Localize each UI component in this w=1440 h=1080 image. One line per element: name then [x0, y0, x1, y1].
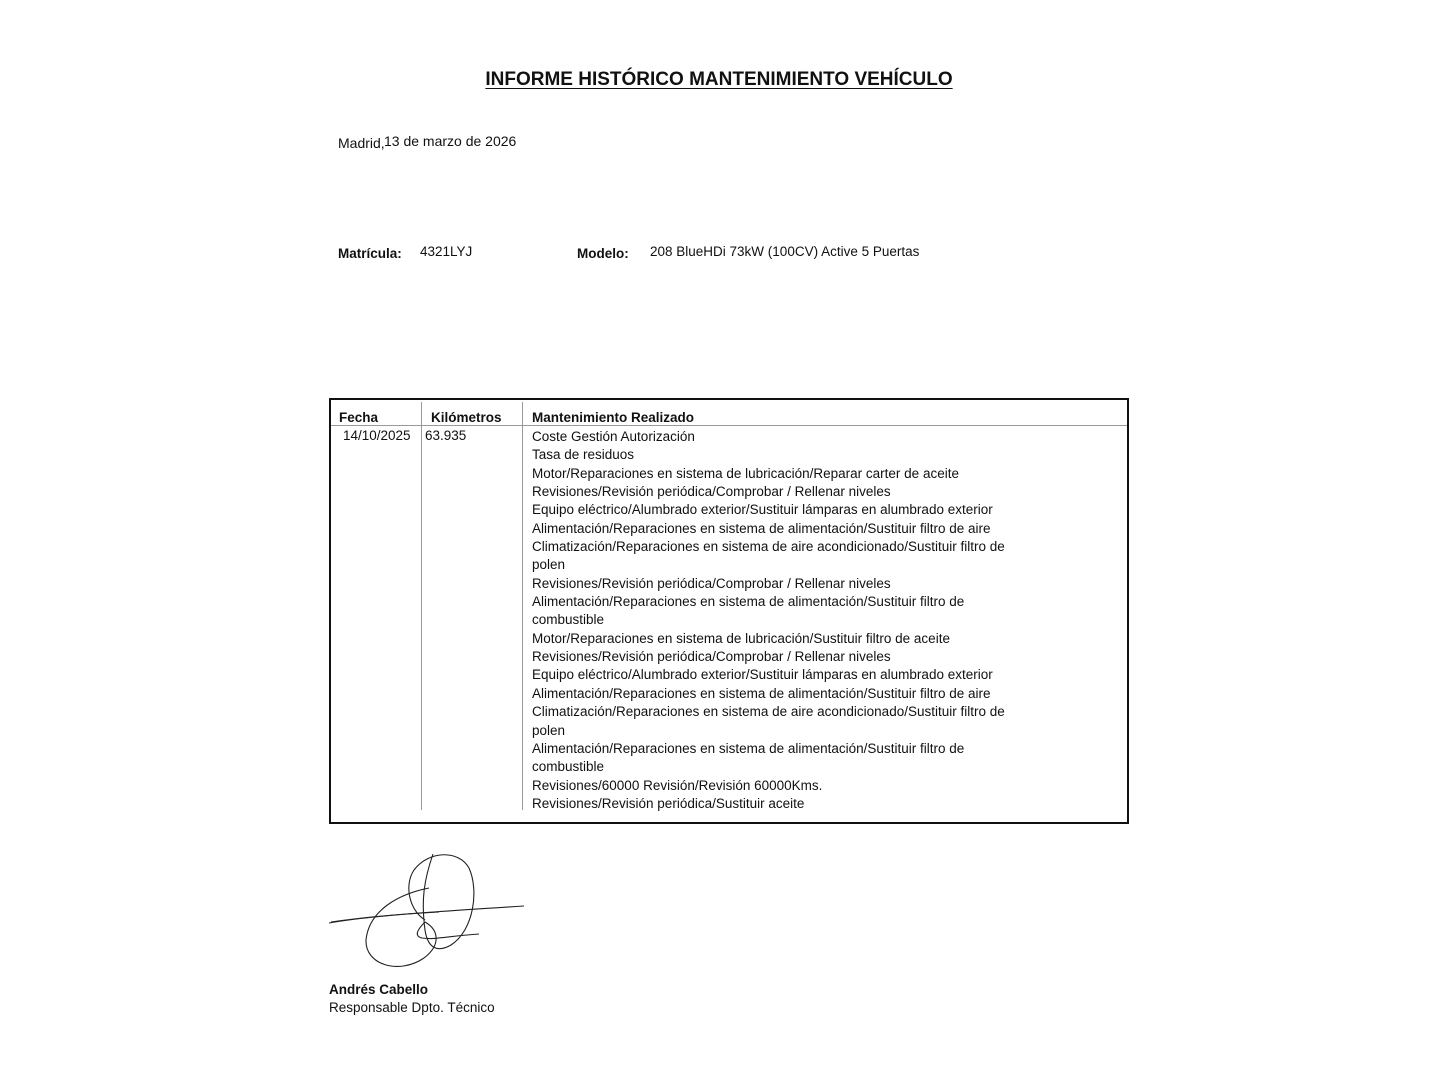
row-fecha: 14/10/2025 [343, 428, 411, 443]
report-place: Madrid, [338, 135, 385, 151]
report-date: 13 de marzo de 2026 [384, 133, 516, 149]
plate-label: Matrícula: [338, 246, 402, 261]
maintenance-item: Alimentación/Reparaciones en sistema de … [532, 740, 1022, 777]
maintenance-item: Equipo eléctrico/Alumbrado exterior/Sust… [532, 666, 1022, 684]
maintenance-item: Revisiones/Revisión periódica/Comprobar … [532, 575, 1022, 593]
maintenance-item: Alimentación/Reparaciones en sistema de … [532, 685, 1022, 703]
maintenance-table: Fecha Kilómetros Mantenimiento Realizado… [329, 398, 1129, 824]
column-divider [522, 402, 523, 810]
maintenance-item: Equipo eléctrico/Alumbrado exterior/Sust… [532, 501, 1022, 519]
signer-role: Responsable Dpto. Técnico [329, 1000, 495, 1015]
maintenance-list: Coste Gestión AutorizaciónTasa de residu… [532, 428, 1022, 813]
maintenance-item: Tasa de residuos [532, 446, 1022, 464]
model-value: 208 BlueHDi 73kW (100CV) Active 5 Puerta… [650, 244, 919, 259]
plate-value: 4321LYJ [420, 244, 472, 259]
maintenance-item: Climatización/Reparaciones en sistema de… [532, 538, 1022, 575]
header-divider [331, 425, 1127, 426]
header-mantenimiento: Mantenimiento Realizado [532, 410, 694, 425]
maintenance-item: Coste Gestión Autorización [532, 428, 1022, 446]
maintenance-item: Alimentación/Reparaciones en sistema de … [532, 520, 1022, 538]
maintenance-item: Revisiones/Revisión periódica/Sustituir … [532, 795, 1022, 813]
maintenance-item: Motor/Reparaciones en sistema de lubrica… [532, 630, 1022, 648]
header-kilometros: Kilómetros [431, 410, 502, 425]
maintenance-item: Revisiones/Revisión periódica/Comprobar … [532, 483, 1022, 501]
signature-icon [329, 850, 524, 972]
maintenance-item: Climatización/Reparaciones en sistema de… [532, 703, 1022, 740]
row-kilometros: 63.935 [425, 428, 466, 443]
maintenance-item: Motor/Reparaciones en sistema de lubrica… [532, 465, 1022, 483]
model-label: Modelo: [577, 246, 629, 261]
maintenance-item: Alimentación/Reparaciones en sistema de … [532, 593, 1022, 630]
column-divider [421, 402, 422, 810]
signer-name: Andrés Cabello [329, 982, 428, 997]
maintenance-item: Revisiones/Revisión periódica/Comprobar … [532, 648, 1022, 666]
report-title: INFORME HISTÓRICO MANTENIMIENTO VEHÍCULO [0, 69, 1438, 91]
maintenance-item: Revisiones/60000 Revisión/Revisión 60000… [532, 777, 1022, 795]
header-fecha: Fecha [339, 410, 378, 425]
